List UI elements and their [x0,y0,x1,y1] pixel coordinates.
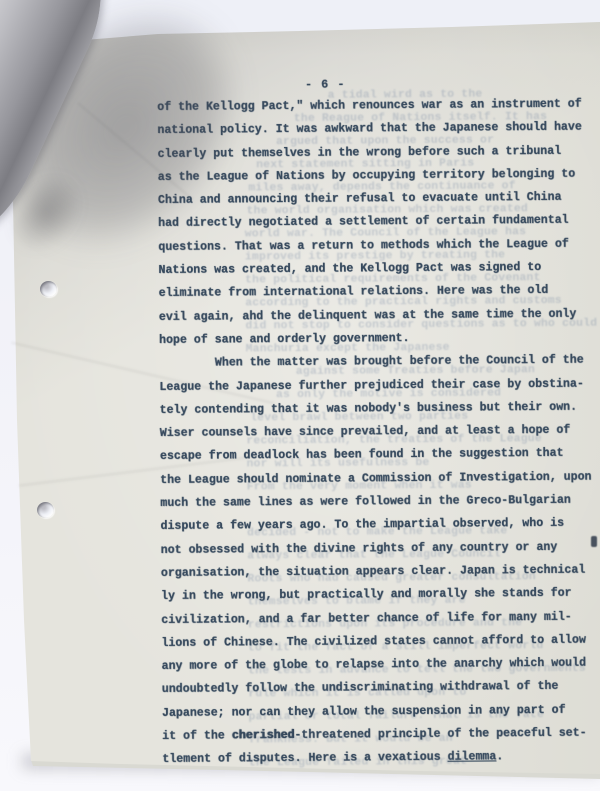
typed-line: Japanese; nor can they allow the suspens… [162,703,600,730]
typed-line: the League should nominate a Commission … [160,470,600,497]
typed-line: not obsessed with the divine rights of a… [161,540,600,567]
typed-line: undoubtedly follow the undiscriminating … [162,680,600,707]
typed-line: evil again, ahd the delinquent was at th… [159,307,599,334]
typed-line: it of the cherished-threatened principle… [162,727,600,754]
typed-line: questions. That was a return to methods … [158,237,598,264]
document-photo: a tidal wird as to thethe Reague of Nati… [0,0,600,791]
typed-line: eliminate from international relations. … [159,284,599,311]
ink-fleck [591,536,597,547]
punch-hole-bottom [37,502,54,518]
typed-line: League the Japanese further prejudiced t… [159,377,599,404]
typed-line: When the matter was brought before the C… [159,354,599,381]
typed-line: escape from deadlock has been found in t… [160,447,600,474]
typed-line: ly in the wrong, but practically and mor… [161,587,600,614]
typed-line: dispute a few years ago. To the impartia… [160,517,600,544]
typed-line: civilization, and a far better chance of… [161,610,600,637]
typed-line: tlement of disputes. Here is a vexatious… [162,750,600,777]
